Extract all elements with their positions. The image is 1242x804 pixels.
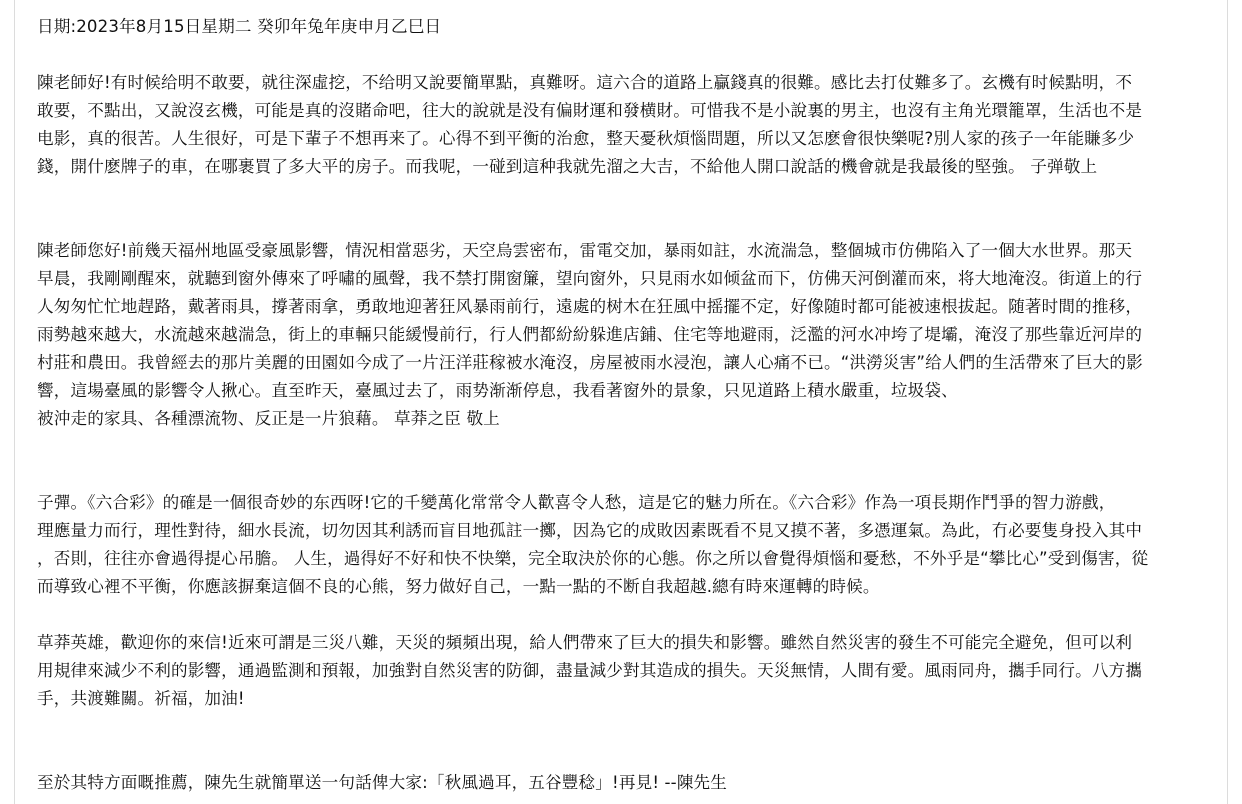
text-line: 用規律來減少不利的影響，通過監測和預報，加強對自然災害的防御，盡量減少對其造成的…	[37, 657, 1217, 685]
text-line: 被沖走的家具、各種漂流物、反正是一片狼藉。 草莽之臣 敬上	[37, 405, 1217, 433]
text-line: 子彈。《六合彩》的確是一個很奇妙的东西呀!它的千變萬化常常令人歡喜令人愁，這是它…	[37, 489, 1217, 517]
text-line: 早晨，我剛剛醒來，就聽到窗外傳來了呼嘯的風聲，我不禁打開窗簾，望向窗外，只見雨水…	[37, 265, 1217, 293]
text-line: 人匆匆忙忙地趕路，戴著雨具，撐著雨拿，勇敢地迎著狂风暴雨前行，遠處的树木在狂風中…	[37, 293, 1217, 321]
text-line: 理應量力而行，理性對待，細水長流，切勿因其利誘而盲目地孤註一擲，因為它的成敗因素…	[37, 517, 1217, 545]
spacer	[37, 433, 1217, 489]
letter-paragraph-1: 陳老師好!有时候给明不敢要，就往深虛挖，不给明又說要簡單點，真難呀。這六合的道路…	[37, 69, 1217, 181]
spacer	[37, 601, 1217, 629]
text-line: ，否則，往往亦會過得提心吊膽。 人生，過得好不好和快不快樂，完全取決於你的心態。…	[37, 545, 1217, 573]
text-line: 陳老師好!有时候给明不敢要，就往深虛挖，不给明又說要簡單點，真難呀。這六合的道路…	[37, 69, 1217, 97]
text-line: 手，共渡難關。祈福，加油!	[37, 685, 1217, 713]
document-page: 日期:2023年8月15日星期二 癸卯年兔年庚申月乙巳日 陳老師好!有时候给明不…	[14, 0, 1228, 804]
date-line: 日期:2023年8月15日星期二 癸卯年兔年庚申月乙巳日	[37, 13, 1217, 41]
spacer	[37, 713, 1217, 769]
spacer	[37, 41, 1217, 69]
reply-paragraph-1: 子彈。《六合彩》的確是一個很奇妙的东西呀!它的千變萬化常常令人歡喜令人愁，這是它…	[37, 489, 1217, 601]
spacer	[37, 181, 1217, 237]
text-line: 而導致心裡不平衡，你應該摒棄這個不良的心熊，努力做好自己，一點一點的不断自我超越…	[37, 573, 1217, 601]
reply-paragraph-2: 草莽英雄，歡迎你的來信!近來可謂是三災八難，天災的頻頻出現，給人們帶來了巨大的損…	[37, 629, 1217, 713]
text-line: 电影，真的很苦。人生很好，可是下輩子不想再来了。心得不到平衡的治愈，整天憂秋煩惱…	[37, 125, 1217, 153]
text-line: 響，這場臺風的影響令人揪心。直至昨天，臺風过去了，雨势渐渐停息，我看著窗外的景象…	[37, 377, 1217, 405]
text-line: 村莊和農田。我曾經去的那片美麗的田園如今成了一片汪洋莊稼被水淹沒，房屋被雨水浸泡…	[37, 349, 1217, 377]
text-line: 雨勢越來越大，水流越來越湍急，街上的車輛只能緩慢前行，行人們都紛紛躲進店鋪、住宅…	[37, 321, 1217, 349]
text-line: 錢，開什麽牌子的車，在哪裹買了多大平的房子。而我呢，一碰到這种我就先溜之大吉，不…	[37, 153, 1217, 181]
text-line: 至於其特方面嘅推薦，陳先生就簡單送一句話俾大家:「秋風過耳，五谷豐稔」!再見! …	[37, 769, 1217, 797]
document-content: 日期:2023年8月15日星期二 癸卯年兔年庚申月乙巳日 陳老師好!有时候给明不…	[37, 13, 1217, 797]
closing-paragraph: 至於其特方面嘅推薦，陳先生就簡單送一句話俾大家:「秋風過耳，五谷豐稔」!再見! …	[37, 769, 1217, 797]
text-line: 草莽英雄，歡迎你的來信!近來可謂是三災八難，天災的頻頻出現，給人們帶來了巨大的損…	[37, 629, 1217, 657]
text-line: 敢要，不點出，又說沒玄機，可能是真的沒賭命吧，往大的說就是没有偏財運和發横財。可…	[37, 97, 1217, 125]
text-line: 陳老師您好!前幾天福州地區受豪風影響，情況相當惡劣，天空烏雲密布，雷電交加，暴雨…	[37, 237, 1217, 265]
letter-paragraph-2: 陳老師您好!前幾天福州地區受豪風影響，情況相當惡劣，天空烏雲密布，雷電交加，暴雨…	[37, 237, 1217, 433]
